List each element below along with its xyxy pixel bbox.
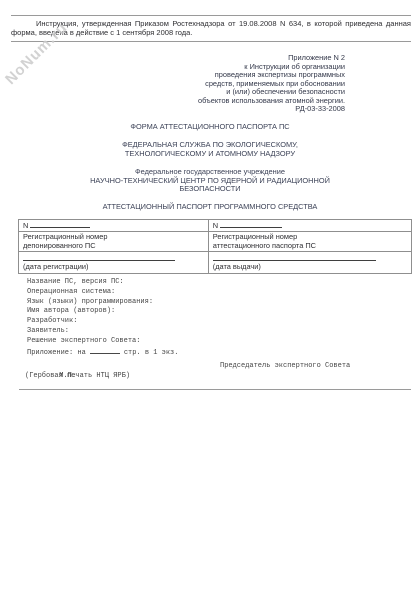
registration-date-cell: (дата регистрации) [19, 252, 209, 274]
passport-number-cell: N [208, 219, 411, 232]
field-line-os: Операционная система: [27, 288, 420, 298]
deposited-number-cell: N [19, 219, 209, 232]
date-caption: (дата регистрации) [23, 263, 204, 272]
document-page: NoNum.ru Инструкция, утвержденная Приказ… [0, 0, 420, 600]
table-row-number: N N [19, 219, 412, 232]
number-label: N [213, 221, 218, 230]
form-title: ФОРМА АТТЕСТАЦИОННОГО ПАСПОРТА ПС [0, 123, 420, 132]
date-caption: (дата выдачи) [213, 263, 407, 272]
deposited-label-cell: Регистрационный номер депонированного ПС [19, 232, 209, 252]
reg-label-line2: аттестационного паспорта ПС [213, 242, 407, 251]
field-line-author: Имя автора (авторов): [27, 307, 420, 317]
number-label: N [23, 221, 28, 230]
table-row-labels: Регистрационный номер депонированного ПС… [19, 232, 412, 252]
appendix-block: Приложение N 2 к Инструкции об организац… [0, 54, 345, 114]
bottom-rule [19, 389, 411, 390]
appendix-line: объектов использования атомной энергии. [0, 97, 345, 106]
fields-list: Название ПС, версия ПС: Операционная сис… [27, 278, 420, 382]
table-row-dates: (дата регистрации) (дата выдачи) [19, 252, 412, 274]
number-blank [220, 221, 282, 228]
field-line-decision: Решение экспертного Совета: [27, 337, 420, 347]
date-blank-line [213, 253, 376, 261]
org-name-line3: БЕЗОПАСНОСТИ [0, 185, 420, 194]
field-line-applicant: Заявитель: [27, 327, 420, 337]
issue-date-cell: (дата выдачи) [208, 252, 411, 274]
field-line-language: Язык (языки) программирования: [27, 298, 420, 308]
attachment-pages-blank [90, 347, 120, 354]
registration-table: N N Регистрационный номер депонированног… [18, 219, 412, 274]
passport-title: АТТЕСТАЦИОННЫЙ ПАСПОРТ ПРОГРАММНОГО СРЕД… [0, 203, 420, 212]
attachment-suffix: стр. в 1 экз. [124, 349, 179, 357]
instruction-note: Инструкция, утвержденная Приказом Ростех… [11, 15, 411, 42]
instruction-note-text: Инструкция, утвержденная Приказом Ростех… [11, 19, 411, 37]
stamp-label: М.П. [59, 372, 76, 380]
org-name: Федеральное государственное учреждение Н… [0, 168, 420, 194]
agency-name-line2: ТЕХНОЛОГИЧЕСКОМУ И АТОМНОМУ НАДЗОРУ [0, 150, 420, 159]
field-line-developer: Разработчик: [27, 317, 420, 327]
number-blank [30, 221, 90, 228]
appendix-line: РД-03-33-2008 [0, 105, 345, 114]
agency-name: ФЕДЕРАЛЬНАЯ СЛУЖБА ПО ЭКОЛОГИЧЕСКОМУ, ТЕ… [0, 141, 420, 158]
date-blank-line [23, 253, 175, 261]
reg-label-line2: депонированного ПС [23, 242, 204, 251]
field-line-name: Название ПС, версия ПС: [27, 278, 420, 288]
signature-row: М.П. Председатель экспертного Совета [27, 362, 420, 372]
attachment-line: Приложение: настр. в 1 экз. [27, 347, 420, 359]
passport-label-cell: Регистрационный номер аттестационного па… [208, 232, 411, 252]
seal-note: (Гербовая печать НТЦ ЯРБ) [25, 372, 420, 382]
attachment-prefix: Приложение: на [27, 349, 86, 357]
chairman-label: Председатель экспертного Совета [220, 362, 350, 372]
